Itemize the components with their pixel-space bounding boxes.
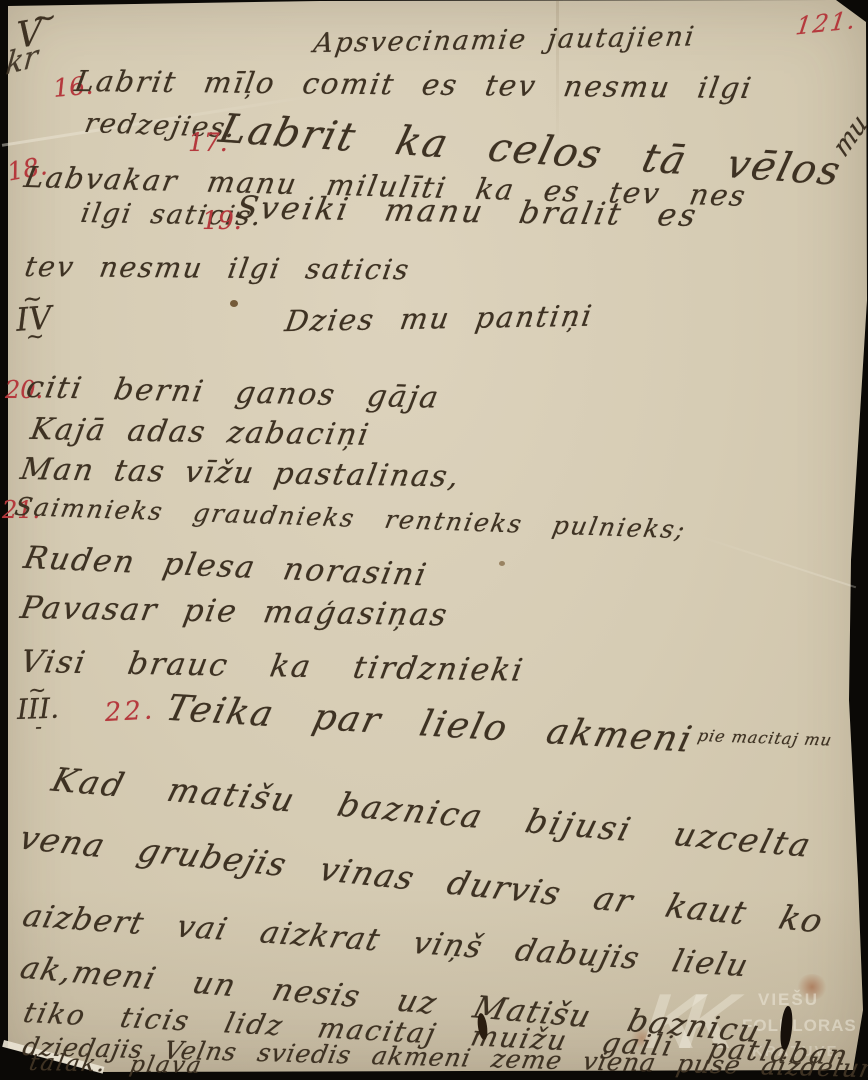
entry-22-number: 22.	[104, 695, 156, 728]
entry-19-line2: tev nesmu ilgi saticis	[22, 250, 412, 286]
section-iii-mark: ~ III. -	[16, 683, 60, 735]
section-iv-title: Dzies mu pantiņi	[283, 299, 596, 338]
section-iii-underline: -	[35, 719, 42, 734]
entry-21-line3: Pavasar pie maģasiņas	[18, 590, 452, 633]
scanned-manuscript-page: KK VIEŠU FOLKLORAS KRĀTUVE ~ V kr 121. A…	[0, 0, 868, 1080]
entry-20-line2: Kajā adas zabaciņi	[28, 412, 373, 453]
section-iv-underline: ~	[25, 329, 44, 346]
story-line7: talak. plava	[27, 1050, 205, 1079]
section-iv-mark: ~ IV ~	[14, 290, 53, 347]
entry-16-line1: Labrit mīļo comit es tev nesmu ilgi	[72, 64, 755, 105]
